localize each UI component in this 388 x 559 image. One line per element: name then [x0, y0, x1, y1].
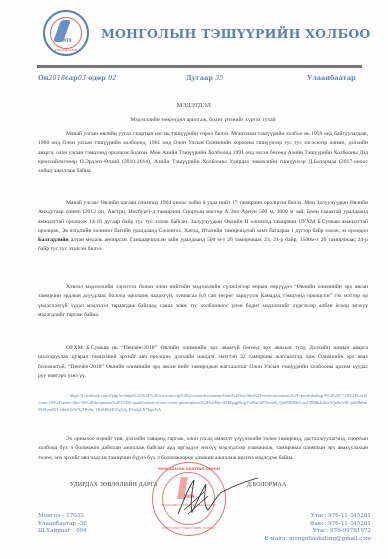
document-title: МЭДЭГДЭЛ	[0, 103, 388, 109]
date-year: 2018	[48, 74, 65, 82]
contact-email[interactable]: E-майл: mongoliaskating@gmail.com	[264, 536, 371, 544]
paragraph-olympics: Манай улсаас Өвлийн цагаан олимпод 1964 …	[38, 199, 368, 255]
signatory-role: УДИРДАХ ЗӨВЛӨЛИЙН ДАРГА	[70, 482, 158, 488]
document-number: Дугаар 35	[186, 74, 223, 82]
paragraph-qualification: ОУХМ Б.Сумъяа нь “Пенчён-2018” Өвлийн ол…	[38, 344, 368, 381]
header-divider	[37, 65, 362, 68]
logo-monogram: МТХ	[62, 38, 72, 43]
handwritten-signature-icon	[170, 470, 260, 520]
number-label: Дугаар	[186, 74, 213, 82]
address-line: Монгол - 17032	[38, 513, 87, 521]
org-name: МОНГОЛЫН ТЭШҮҮРИЙН ХОЛБОО	[101, 26, 371, 41]
isu-link[interactable]: https://l.facebook.com/l.php?u=https%3A%…	[38, 393, 368, 413]
day-label: өдөр	[88, 74, 106, 82]
footer-address: Монгол - 17032 Улаанбаатар -36 Ш.Хайрцаг…	[38, 513, 87, 536]
contact-fax: Факс: 976-11-345281	[264, 521, 371, 529]
footer-contacts: Утас: 976-11-345281 Факс: 976-11-345281 …	[264, 513, 371, 543]
paragraph-history: Манай улсын өвлийн уугал спортын нэг нь …	[38, 130, 368, 176]
date-prefix: Он	[38, 74, 48, 82]
address-line: Улаанбаатар -36	[38, 521, 87, 529]
date-day: 02	[108, 74, 116, 82]
document-subject: Мэдээллийн төөрөгдөл арилгаж, бодит үнэн…	[0, 117, 388, 123]
paragraph-misinformation: Хэвлэл мэдээллийн хэрэгсэл болон олон ни…	[38, 283, 368, 320]
stamp-text-bottom: МОНГОЛЫН ТЭШҮҮРИЙН ХОЛБОО	[153, 526, 225, 530]
org-logo: МТХ УЛААНБААТАР	[43, 10, 89, 56]
paragraph-olympics-tail: алтан медаль анчирсан. Ганцаарчилсан зай…	[38, 237, 368, 252]
paragraph-closing: Эх орныхоо нэрийг тив, дэлхийн тавцанд г…	[38, 435, 368, 463]
date-month: 03	[78, 74, 86, 82]
document-city: Улаанбаатар	[307, 74, 356, 82]
contact-mobile: Утас: 976-99781972	[264, 528, 371, 536]
letter-page: МТХ УЛААНБААТАР МОНГОЛЫН ТЭШҮҮРИЙН ХОЛБО…	[0, 0, 388, 559]
logo-ring-text: УЛААНБААТАР	[45, 48, 87, 52]
paragraph-olympics-text: Манай улсаас Өвлийн цагаан олимпод 1964 …	[38, 200, 368, 234]
letterhead: МТХ УЛААНБААТАР МОНГОЛЫН ТЭШҮҮРИЙН ХОЛБО…	[0, 0, 388, 62]
bold-word: Балгадлийн	[38, 237, 69, 243]
document-date: Он2018сар03 өдөр 02	[38, 74, 116, 82]
address-line: Ш.Хайрцаг - 094	[38, 528, 87, 536]
number-value: 35	[215, 74, 223, 82]
month-label: сар	[65, 74, 78, 82]
contact-phone: Утас: 976-11-345281	[264, 513, 371, 521]
